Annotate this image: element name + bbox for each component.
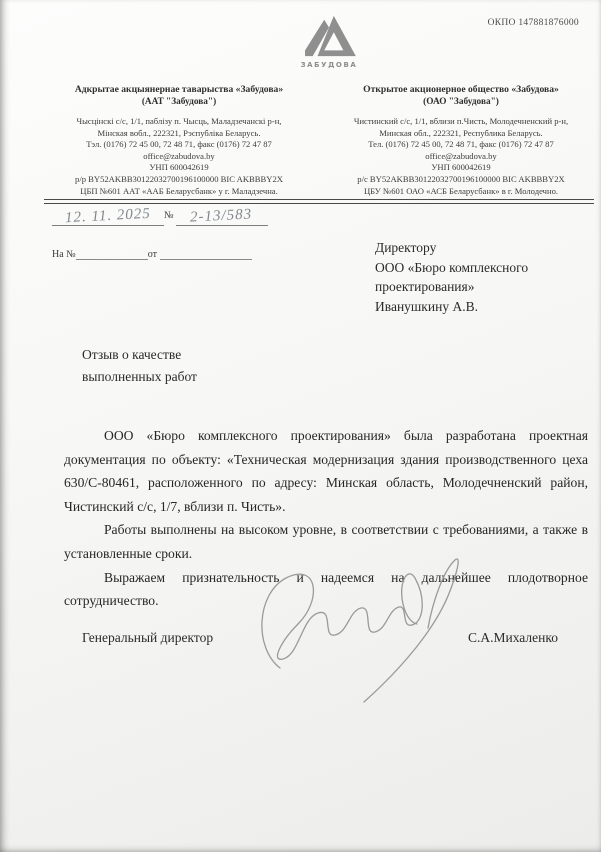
- addressee-line: проектирования»: [375, 277, 528, 297]
- reply-ref-line: На №от: [52, 248, 252, 260]
- company-short-name-ru: (ОАО "Забудова"): [322, 96, 600, 108]
- bank-account-line: р/р BY52AKBB30122032700196100000 BIC AKB…: [40, 174, 318, 186]
- letter-subject: Отзыв о качестве выполненных работ: [82, 344, 197, 387]
- phone-line: Тэл. (0176) 72 45 00, 72 48 71, факс (01…: [40, 139, 318, 151]
- logo-caption: ЗАБУДОВА: [293, 61, 365, 69]
- company-logo: ЗАБУДОВА: [293, 14, 365, 69]
- company-short-name-by: (ААТ "Забудова"): [40, 96, 318, 108]
- unp-line: УНП 600042619: [322, 162, 600, 174]
- zabudova-triangle-logo-icon: [293, 14, 365, 60]
- okpo-code: ОКПО 147881876000: [488, 18, 579, 28]
- addressee-line: ООО «Бюро комплексного: [375, 258, 528, 278]
- outgoing-date-field: 12. 11. 2025: [52, 208, 164, 226]
- handwritten-date: 12. 11. 2025: [65, 206, 152, 227]
- body-paragraph-1: ООО «Бюро комплексного проектирования» б…: [64, 424, 588, 518]
- address-line: Мінская вобл., 222321, Рэспубліка Белару…: [40, 128, 318, 140]
- header-column-russian: Открытое акционерное общество «Забудова»…: [322, 84, 600, 197]
- email-line: office@zabudova.by: [40, 151, 318, 163]
- addressee-line: Иванушкину А.В.: [375, 297, 528, 317]
- outgoing-ref-line: 12. 11. 2025№2-13/583: [52, 206, 268, 224]
- reply-number-blank: [76, 248, 148, 260]
- number-sign-label: №: [164, 210, 174, 221]
- company-name-ru: Открытое акционерное общество «Забудова»: [322, 84, 600, 96]
- outgoing-number-field: 2-13/583: [176, 208, 268, 226]
- bank-account-line: р/с BY52AKBB30122032700196100000 BIC AKB…: [322, 174, 600, 186]
- scanned-letter-page: ОКПО 147881876000 ЗАБУДОВА Адкрытае акцы…: [0, 0, 601, 852]
- company-name-by: Адкрытае акцыянернае таварыства «Забудов…: [40, 84, 318, 96]
- header-divider: [44, 199, 594, 204]
- handwritten-number: 2-13/583: [190, 206, 253, 226]
- unp-line: УНП 600042619: [40, 162, 318, 174]
- header-column-belarusian: Адкрытае акцыянернае таварыства «Забудов…: [40, 84, 318, 197]
- address-line: Чистинский с/с, 1/1, вблизи п.Чисть, Мол…: [322, 116, 600, 128]
- reply-ot-label: от: [148, 249, 157, 260]
- signer-name: С.А.Михаленко: [468, 630, 558, 646]
- address-line: Минская обл., 222321, Республика Беларус…: [322, 128, 600, 140]
- bank-branch-line: ЦБУ №601 ОАО «АСБ Беларусбанк» в г. Моло…: [322, 186, 600, 198]
- subject-line: выполненных работ: [82, 366, 197, 388]
- addressee-block: Директору ООО «Бюро комплексного проекти…: [375, 238, 528, 316]
- subject-line: Отзыв о качестве: [82, 344, 197, 366]
- phone-line: Тел. (0176) 72 45 00, 72 48 71, факс (01…: [322, 139, 600, 151]
- signer-position: Генеральный директор: [82, 630, 213, 646]
- address-line: Чысцінскі с/с, 1/1, паблізу п. Чысць, Ма…: [40, 116, 318, 128]
- handwritten-signature-icon: [252, 556, 462, 704]
- addressee-line: Директору: [375, 238, 528, 258]
- reply-na-label: На №: [52, 249, 76, 260]
- email-line: office@zabudova.by: [322, 151, 600, 163]
- reply-date-blank: [160, 248, 252, 260]
- bank-branch-line: ЦБП №601 ААТ «ААБ Беларусбанк» у г. Мала…: [40, 186, 318, 198]
